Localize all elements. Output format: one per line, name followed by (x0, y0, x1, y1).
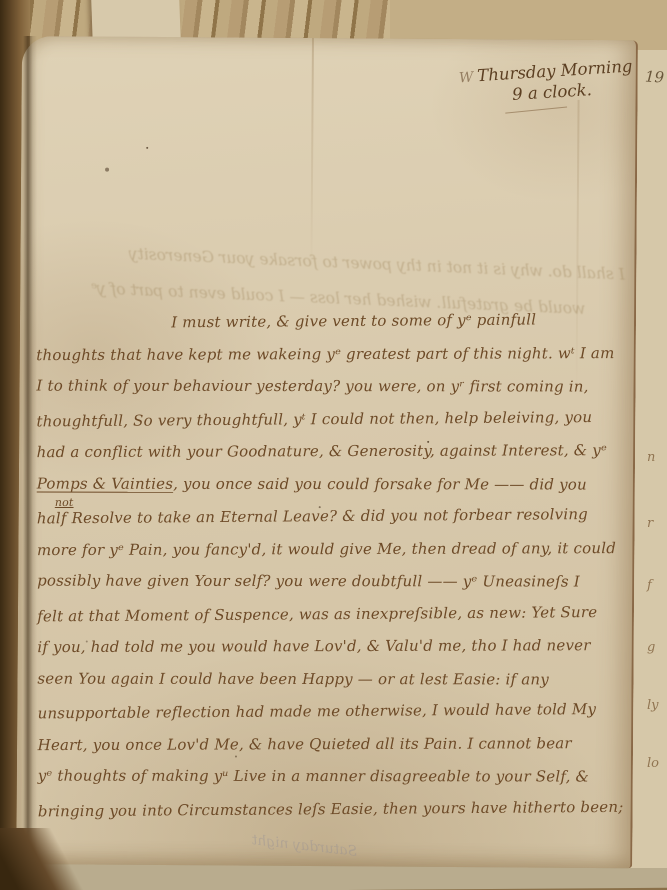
letter-line: had a conflict with your Goodnature, & G… (37, 434, 633, 469)
letter-line: more for yᵉ Pain, you fancy'd, it would … (37, 532, 633, 567)
gutter-shadow (23, 36, 37, 864)
showthrough-bottom: Saturday night (251, 832, 358, 860)
letter-line: bringing you into Circumstances leſs Eas… (38, 790, 634, 827)
edge-fragment: n (647, 450, 655, 465)
letter-line: unsupportable reflection had made me oth… (37, 693, 633, 730)
letter-line: Heart, you once Lov'd Me, & have Quieted… (38, 727, 634, 762)
dateline-block: WThursday Morning 11 9 a clock. (458, 56, 638, 115)
edge-fragment: ly (647, 698, 659, 713)
letter-body: I must write, & give vent to some of yᵉ … (36, 304, 634, 826)
letter-line: thoughtfull, So very thoughtfull, yᵗ I c… (36, 400, 632, 437)
paper-crease (310, 38, 314, 273)
letter-line: yᵉ thoughts of making yᵘ Live in a manne… (38, 760, 634, 794)
manuscript-photo: 19 n r f g ly lo WThursday Morning 11 9 … (0, 0, 667, 890)
interline-insertion: not (55, 487, 74, 520)
letter-line: seen You again I could have been Happy —… (37, 662, 633, 696)
letter-line: felt at that Moment of Suspence, was as … (37, 595, 633, 632)
edge-fragment: r (647, 516, 653, 531)
letter-line: half Resolve to take an Eternal Leave? &… (37, 498, 633, 535)
ink-flourish: W (459, 69, 474, 86)
edge-fragment: lo (647, 756, 659, 771)
letter-page: WThursday Morning 11 9 a clock. I shall … (16, 36, 638, 868)
letter-line: thoughts that have kept me wakeing yᵉ gr… (36, 337, 632, 372)
edge-fragment: g (647, 640, 655, 655)
dateline-underline-mark (505, 107, 567, 114)
letter-line: if you, had told me you would have Lov'd… (37, 629, 633, 664)
letter-line: Pomps & Vainties, you once said you coul… (37, 467, 633, 501)
torn-corner (0, 828, 90, 890)
letter-line: possibly have given Your self? you were … (37, 565, 633, 599)
edge-fragment: f (647, 578, 652, 593)
letter-line: I to think of your behaviour yesterday? … (36, 370, 632, 404)
page-number: 19 (645, 68, 665, 87)
letter-line-rest: , you once said you could forsake for Me… (173, 474, 587, 493)
letter-line: I must write, & give vent to some of yᵉ … (36, 303, 632, 340)
